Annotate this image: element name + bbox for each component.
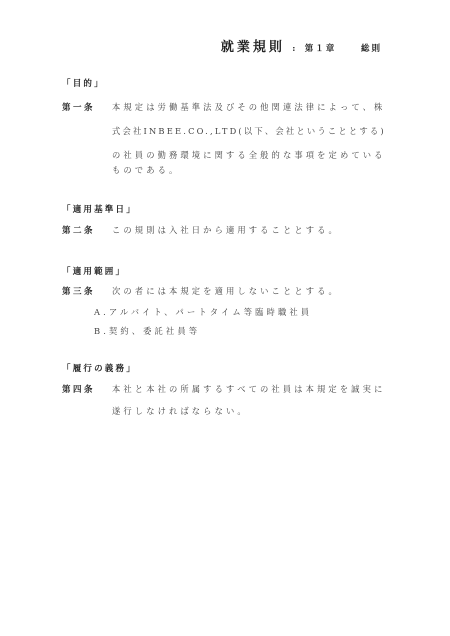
section-heading-effective-date: 「適用基準日」 xyxy=(62,203,137,215)
article-4-line: 本社と本社の所属するすべての社員は本規定を誠実に xyxy=(112,383,385,395)
section-heading-purpose: 「目的」 xyxy=(62,77,105,89)
title-text: 就業規則 xyxy=(221,40,285,55)
article-1-line: ものである。 xyxy=(112,164,180,176)
article-label-4: 第四条 xyxy=(62,383,95,395)
chapter-name: 総則 xyxy=(361,44,382,54)
article-2-line: この規則は入社日から適用することとする。 xyxy=(112,224,340,236)
article-label-1: 第一条 xyxy=(62,101,95,113)
article-1-line: 式会社INBEE.CO.,LTD(以下、会社ということとする) xyxy=(112,125,386,137)
section-heading-obligation: 「履行の義務」 xyxy=(62,362,137,374)
title-separator: : xyxy=(292,44,297,54)
chapter-number: 第１章 xyxy=(305,44,337,54)
article-label-3: 第三条 xyxy=(62,285,95,297)
article-3-item: A.アルバイト、パートタイム等臨時職社員 xyxy=(94,306,312,318)
article-1-line: 本規定は労働基準法及びその他関連法律によって、株 xyxy=(112,101,385,113)
article-3-line: 次の者には本規定を適用しないこととする。 xyxy=(112,285,340,297)
article-4-line: 遂行しなければならない。 xyxy=(112,405,249,417)
article-1-line: の社員の勤務環境に関する全般的な事項を定めている xyxy=(112,149,386,161)
article-3-item: B.契約、委託社員等 xyxy=(94,325,200,337)
page-title: 就業規則 : 第１章 総則 xyxy=(221,36,382,55)
section-heading-scope: 「適用範囲」 xyxy=(62,265,126,277)
article-label-2: 第二条 xyxy=(62,224,95,236)
